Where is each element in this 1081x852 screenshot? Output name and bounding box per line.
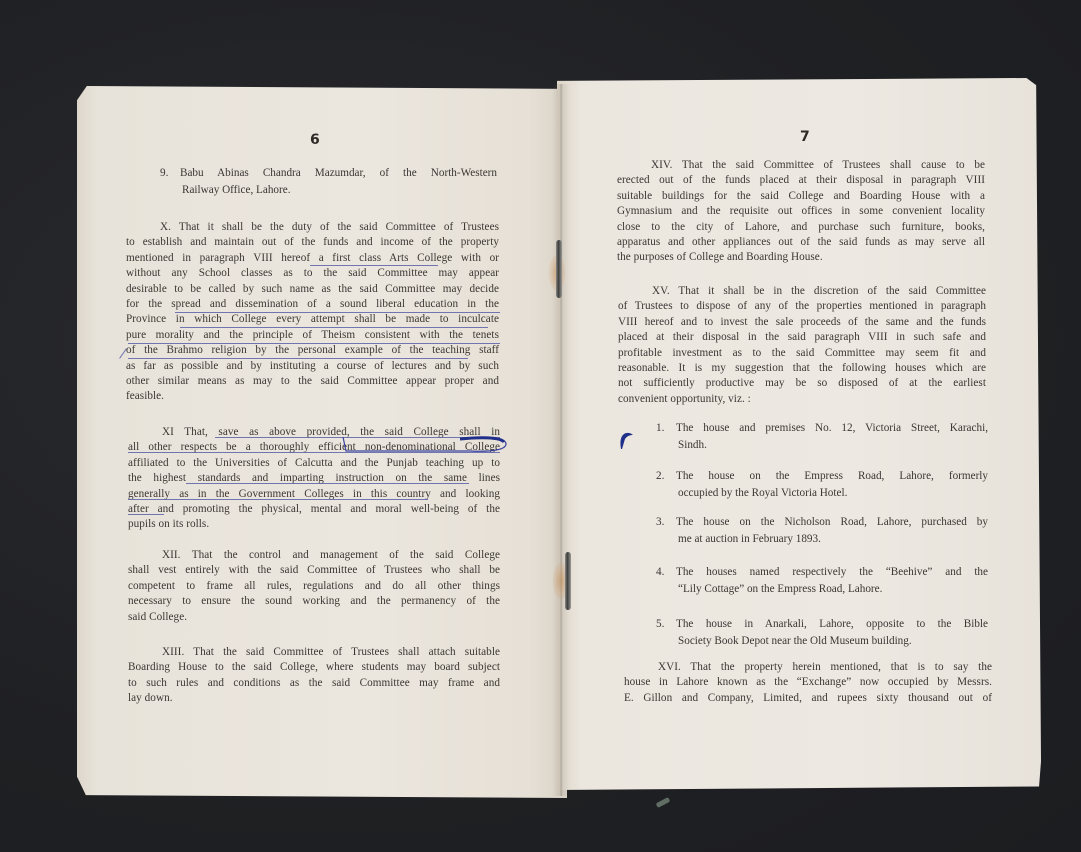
- text-line: XV. That it shall be in the discretion o…: [618, 284, 986, 299]
- fiber-debris: [656, 797, 671, 808]
- pen-box-annotation: [340, 434, 510, 456]
- text-line: desirable to be called by such name as t…: [126, 282, 499, 297]
- text-line: after and promoting the physical, mental…: [128, 502, 500, 517]
- house-item-1: 1. The house and premises No. 12, Victor…: [656, 420, 988, 454]
- text-line: not sufficiently productive may be so di…: [618, 376, 986, 391]
- text-line: The houses named respectively the “Beehi…: [676, 564, 988, 581]
- text-line: Babu Abinas Chandra Mazumdar, of the Nor…: [180, 165, 497, 182]
- text-line: as far as possible and by instituting a …: [126, 359, 499, 374]
- pen-underline: [180, 327, 488, 328]
- text-line: lay down.: [128, 691, 500, 706]
- item-number: 4.: [656, 564, 664, 581]
- text-line: pure morality and the principle of Theis…: [126, 328, 499, 343]
- house-item-4: 4. The houses named respectively the “Be…: [656, 564, 988, 598]
- paragraph-XIII: XIII. That the said Committee of Trustee…: [128, 645, 500, 707]
- text-line: XVI. That the property herein mentioned,…: [624, 660, 992, 675]
- text-line: the highest standards and imparting inst…: [128, 471, 500, 486]
- text-line: Sindh.: [676, 437, 988, 454]
- staple-top: [556, 240, 562, 298]
- house-item-5: 5. The house in Anarkali, Lahore, opposi…: [656, 616, 988, 650]
- pen-underline: [175, 312, 500, 313]
- paragraph-XV: XV. That it shall be in the discretion o…: [618, 284, 986, 407]
- text-line: other similar means as may to the said C…: [126, 374, 499, 389]
- text-line: suitable buildings for the said College …: [617, 189, 985, 204]
- text-line: feasible.: [126, 389, 499, 404]
- item-number: 9.: [160, 165, 168, 182]
- text-line: XIV. That the said Committee of Trustees…: [617, 158, 985, 173]
- text-line: mentioned in paragraph VIII hereof a fir…: [126, 251, 499, 266]
- text-line: erected out of the funds placed at their…: [617, 173, 985, 188]
- item-number: 3.: [656, 514, 664, 531]
- text-line: competent to frame all rules, regulation…: [128, 579, 500, 594]
- text-line: Railway Office, Lahore.: [180, 182, 497, 199]
- text-line: placed at their disposal in the said par…: [618, 330, 986, 345]
- text-line: convenient opportunity, viz. :: [618, 392, 986, 407]
- text-line: Boarding House to the said College, wher…: [128, 660, 500, 675]
- text-line: close to the city of Lahore, and purchas…: [617, 220, 985, 235]
- text-line: said College.: [128, 610, 500, 625]
- text-line: for the spread and dissemination of a so…: [126, 297, 499, 312]
- page-number-right: 7: [800, 129, 810, 145]
- text-line: to establish and maintain out of the fun…: [126, 235, 499, 250]
- text-line: pupils on its rolls.: [128, 517, 500, 532]
- pen-underline: [128, 343, 500, 344]
- text-line: The house on the Nicholson Road, Lahore,…: [676, 514, 988, 531]
- pen-underline: [128, 358, 468, 359]
- text-line: profitable investment as to the said Com…: [618, 346, 986, 361]
- text-line: X. That it shall be the duty of the said…: [126, 220, 499, 235]
- house-item-3: 3. The house on the Nicholson Road, Laho…: [656, 514, 988, 548]
- text-line: E. Gillon and Company, Limited, and rupe…: [624, 691, 992, 706]
- text-line: XII. That the control and management of …: [128, 548, 500, 563]
- text-line: affiliated to the Universities of Calcut…: [128, 456, 500, 471]
- paragraph-XVI: XVI. That the property herein mentioned,…: [624, 660, 992, 706]
- text-line: occupied by the Royal Victoria Hotel.: [676, 485, 988, 502]
- trustee-item-9: 9. Babu Abinas Chandra Mazumdar, of the …: [160, 165, 497, 199]
- text-line: of Trustees to dispose of any of the pro…: [618, 299, 986, 314]
- text-line: Society Book Depot near the Old Museum b…: [676, 633, 988, 650]
- pen-tick-mark: [618, 431, 634, 451]
- staple-bottom: [565, 552, 571, 610]
- pen-underline: [186, 483, 469, 484]
- text-line: apparatus and other appliances out of th…: [617, 235, 985, 250]
- text-line: The house in Anarkali, Lahore, opposite …: [676, 616, 988, 633]
- paragraph-XII: XII. That the control and management of …: [128, 548, 500, 625]
- text-line: me at auction in February 1893.: [676, 531, 988, 548]
- pen-underline: [128, 499, 428, 500]
- text-line: house in Lahore known as the “Exchange” …: [624, 675, 992, 690]
- house-item-2: 2. The house on the Empress Road, Lahore…: [656, 468, 988, 502]
- text-line: VIII hereof and to invest the sale proce…: [618, 315, 986, 330]
- text-line: to such rules and conditions as the said…: [128, 676, 500, 691]
- text-line: Gymnasium and the requisite out offices …: [617, 204, 985, 219]
- text-line: XIII. That the said Committee of Trustee…: [128, 645, 500, 660]
- text-line: reasonable. It is my suggestion that the…: [618, 361, 986, 376]
- item-number: 5.: [656, 616, 664, 633]
- item-number: 1.: [656, 420, 664, 437]
- paragraph-XIV: XIV. That the said Committee of Trustees…: [617, 158, 985, 266]
- open-booklet: 6 7 9. Babu Abinas Chandra Mazumdar, of …: [0, 0, 1081, 852]
- text-line: “Lily Cottage” on the Empress Road, Laho…: [676, 581, 988, 598]
- text-line: necessary to ensure the sound working an…: [128, 594, 500, 609]
- item-number: 2.: [656, 468, 664, 485]
- text-line: Province in which College every attempt …: [126, 312, 499, 327]
- text-line: of the Brahmo religion by the personal e…: [126, 343, 499, 358]
- page-number-left: 6: [310, 132, 320, 148]
- pen-underline: [128, 514, 164, 515]
- text-line: The house and premises No. 12, Victoria …: [676, 420, 988, 437]
- text-line: shall vest entirely with the said Commit…: [128, 563, 500, 578]
- pen-underline: [310, 265, 438, 266]
- spine-fold: [552, 84, 570, 796]
- text-line: The house on the Empress Road, Lahore, f…: [676, 468, 988, 485]
- text-line: without any School classes as to the sai…: [126, 266, 499, 281]
- text-line: the purposes of College and Boarding Hou…: [617, 250, 985, 265]
